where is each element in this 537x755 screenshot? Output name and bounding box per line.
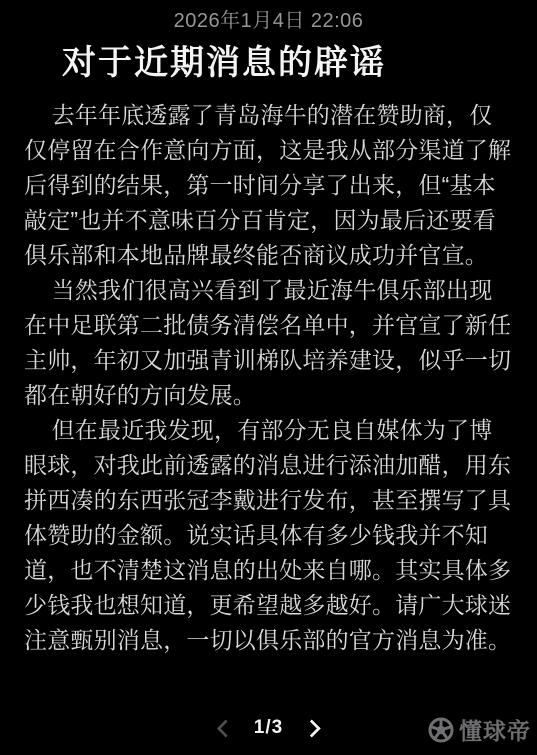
page-indicator: 1/3: [254, 717, 283, 739]
post-image-page: 2026年1月4日 22:06 对于近期消息的辟谣 去年年底透露了青岛海牛的潜在…: [0, 0, 537, 755]
watermark-brand-text: 懂球帝: [459, 713, 531, 746]
watermark: 懂球帝: [428, 713, 531, 746]
football-logo-icon: [428, 717, 454, 743]
article-paragraph: 但在最近我发现，有部分无良自媒体为了博眼球，对我此前透露的消息进行添油加醋，用东…: [24, 413, 513, 658]
article-body: 去年年底透露了青岛海牛的潜在赞助商，仅仅停留在合作意向方面，这是我从部分渠道了解…: [24, 98, 513, 658]
article-paragraph: 去年年底透露了青岛海牛的潜在赞助商，仅仅停留在合作意向方面，这是我从部分渠道了解…: [24, 98, 513, 273]
page-title: 对于近期消息的辟谣: [62, 41, 513, 85]
pagination: 1/3: [219, 717, 318, 739]
article-paragraph: 当然我们很高兴看到了最近海牛俱乐部出现在中足联第二批债务清偿名单中，并官宣了新任…: [24, 273, 513, 413]
chevron-left-icon[interactable]: [216, 719, 234, 737]
post-timestamp: 2026年1月4日 22:06: [0, 0, 537, 33]
chevron-right-icon[interactable]: [303, 719, 321, 737]
